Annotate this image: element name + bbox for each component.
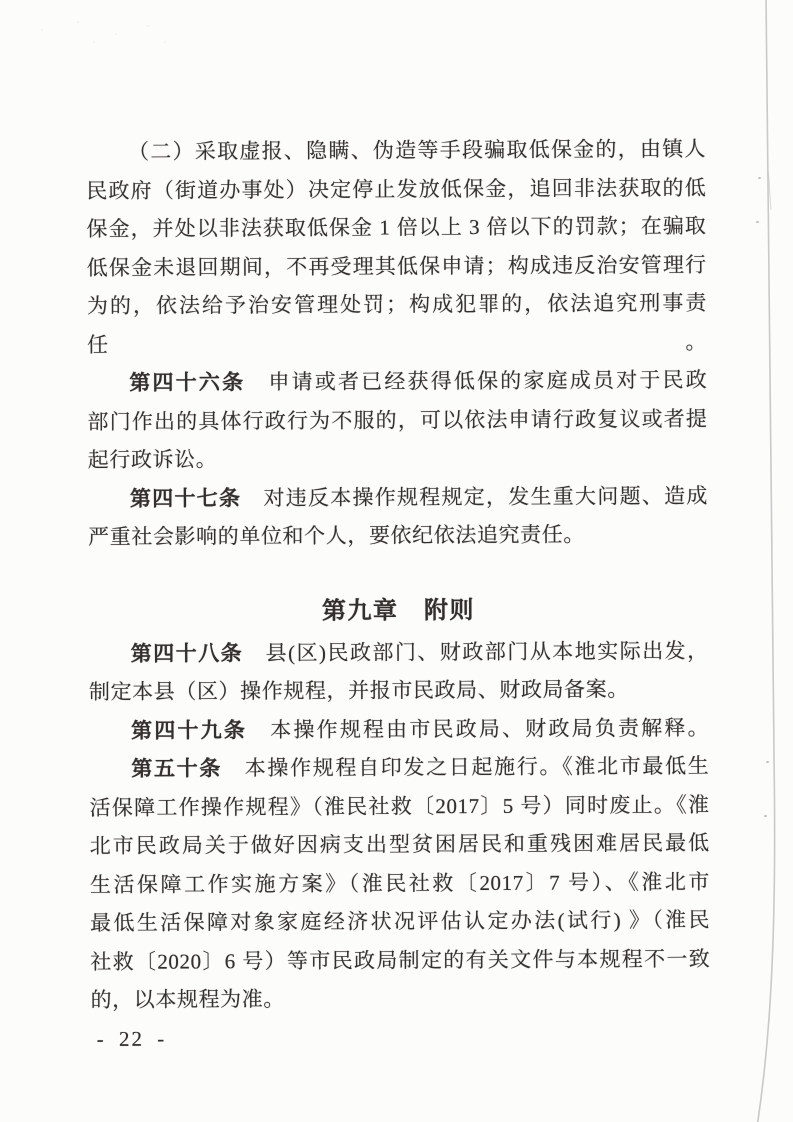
scan-speck bbox=[756, 221, 759, 223]
text-line: 第四十八条 县(区)民政部门、财政部门从本地实际出发， bbox=[89, 631, 709, 673]
text-line: 保金，并处以非法获取低保金 1 倍以上 3 倍以下的罚款；在骗取 bbox=[86, 207, 706, 249]
article-number: 第四十八条 bbox=[131, 641, 244, 666]
paragraph: （二）采取虚报、隐瞒、伪造等手段骗取低保金的，由镇人民政府（街道办事处）决定停止… bbox=[86, 130, 707, 364]
text-line: 第四十六条 申请或者已经获得低保的家庭成员对于民政 bbox=[87, 361, 707, 403]
paragraph: 第四十七条 对违反本操作规程规定，发生重大问题、造成严重社会影响的单位和个人，要… bbox=[88, 476, 708, 556]
paragraph: 第四十八条 县(区)民政部门、财政部门从本地实际出发，制定本县（区）操作规程，并… bbox=[89, 631, 709, 711]
scan-speck bbox=[764, 815, 767, 817]
text-line: 最低生活保障对象家庭经济状况评估认定办法(试行) 》（淮民 bbox=[90, 901, 710, 943]
article-number: 第四十七条 bbox=[130, 486, 241, 511]
text-line: （二）采取虚报、隐瞒、伪造等手段骗取低保金的，由镇人 bbox=[86, 130, 706, 172]
text-line: 为的，依法给予治安管理处罚；构成犯罪的，依法追究刑事责任。 bbox=[87, 284, 707, 364]
text-line: 第五十条 本操作规程自印发之日起施行。《淮北市最低生 bbox=[89, 747, 709, 789]
scan-speck bbox=[766, 761, 769, 763]
scan-smudge bbox=[30, 12, 180, 52]
article-number: 第四十六条 bbox=[129, 370, 245, 395]
text-line: 第四十九条 本操作规程由市民政局、财政局负责解释。 bbox=[89, 708, 709, 750]
text-line: 民政府（街道办事处）决定停止发放低保金，追回非法获取的低 bbox=[86, 168, 706, 210]
text-line: 北市民政局关于做好因病支出型贫困居民和重残困难居民最低 bbox=[90, 824, 710, 866]
text-line: 部门作出的具体行政行为不服的，可以依法申请行政复议或者提 bbox=[87, 399, 707, 441]
text-line: 严重社会影响的单位和个人，要依纪依法追究责任。 bbox=[88, 515, 708, 557]
text-line: 起行政诉讼。 bbox=[88, 438, 708, 480]
text-line: 生活保障工作实施方案》（淮民社救〔2017〕7 号）、《淮北市 bbox=[90, 862, 710, 904]
text-line: 活保障工作操作规程》（淮民社救〔2017〕5 号）同时废止。《淮 bbox=[89, 785, 709, 827]
paragraph: 第五十条 本操作规程自印发之日起施行。《淮北市最低生活保障工作操作规程》（淮民社… bbox=[89, 747, 710, 1020]
scan-speck bbox=[758, 177, 761, 179]
text-line: 低保金未退回期间，不再受理其低保申请；构成违反治安管理行 bbox=[87, 245, 707, 287]
body-after-heading: 第四十八条 县(区)民政部门、财政部门从本地实际出发，制定本县（区）操作规程，并… bbox=[89, 631, 711, 1019]
text-line: 第四十七条 对违反本操作规程规定，发生重大问题、造成 bbox=[88, 476, 708, 518]
paragraph: 第四十六条 申请或者已经获得低保的家庭成员对于民政部门作出的具体行政行为不服的，… bbox=[87, 361, 708, 480]
document-page: （二）采取虚报、隐瞒、伪造等手段骗取低保金的，由镇人民政府（街道办事处）决定停止… bbox=[0, 0, 793, 1122]
chapter-heading: 第九章 附则 bbox=[88, 587, 708, 634]
body-before-heading: （二）采取虚报、隐瞒、伪造等手段骗取低保金的，由镇人民政府（街道办事处）决定停止… bbox=[86, 130, 708, 557]
page-body-text: （二）采取虚报、隐瞒、伪造等手段骗取低保金的，由镇人民政府（街道办事处）决定停止… bbox=[86, 130, 711, 1058]
paragraph: 第四十九条 本操作规程由市民政局、财政局负责解释。 bbox=[89, 708, 709, 750]
page-number: - 22 - bbox=[97, 1016, 711, 1058]
text-line: 的，以本规程为准。 bbox=[90, 978, 710, 1020]
text-line: 社救〔2020〕6 号）等市民政局制定的有关文件与本规程不一致 bbox=[90, 939, 710, 981]
article-number: 第四十九条 bbox=[131, 718, 247, 743]
article-number: 第五十条 bbox=[131, 756, 222, 780]
text-line: 制定本县（区）操作规程，并报市民政局、财政局备案。 bbox=[89, 670, 709, 712]
